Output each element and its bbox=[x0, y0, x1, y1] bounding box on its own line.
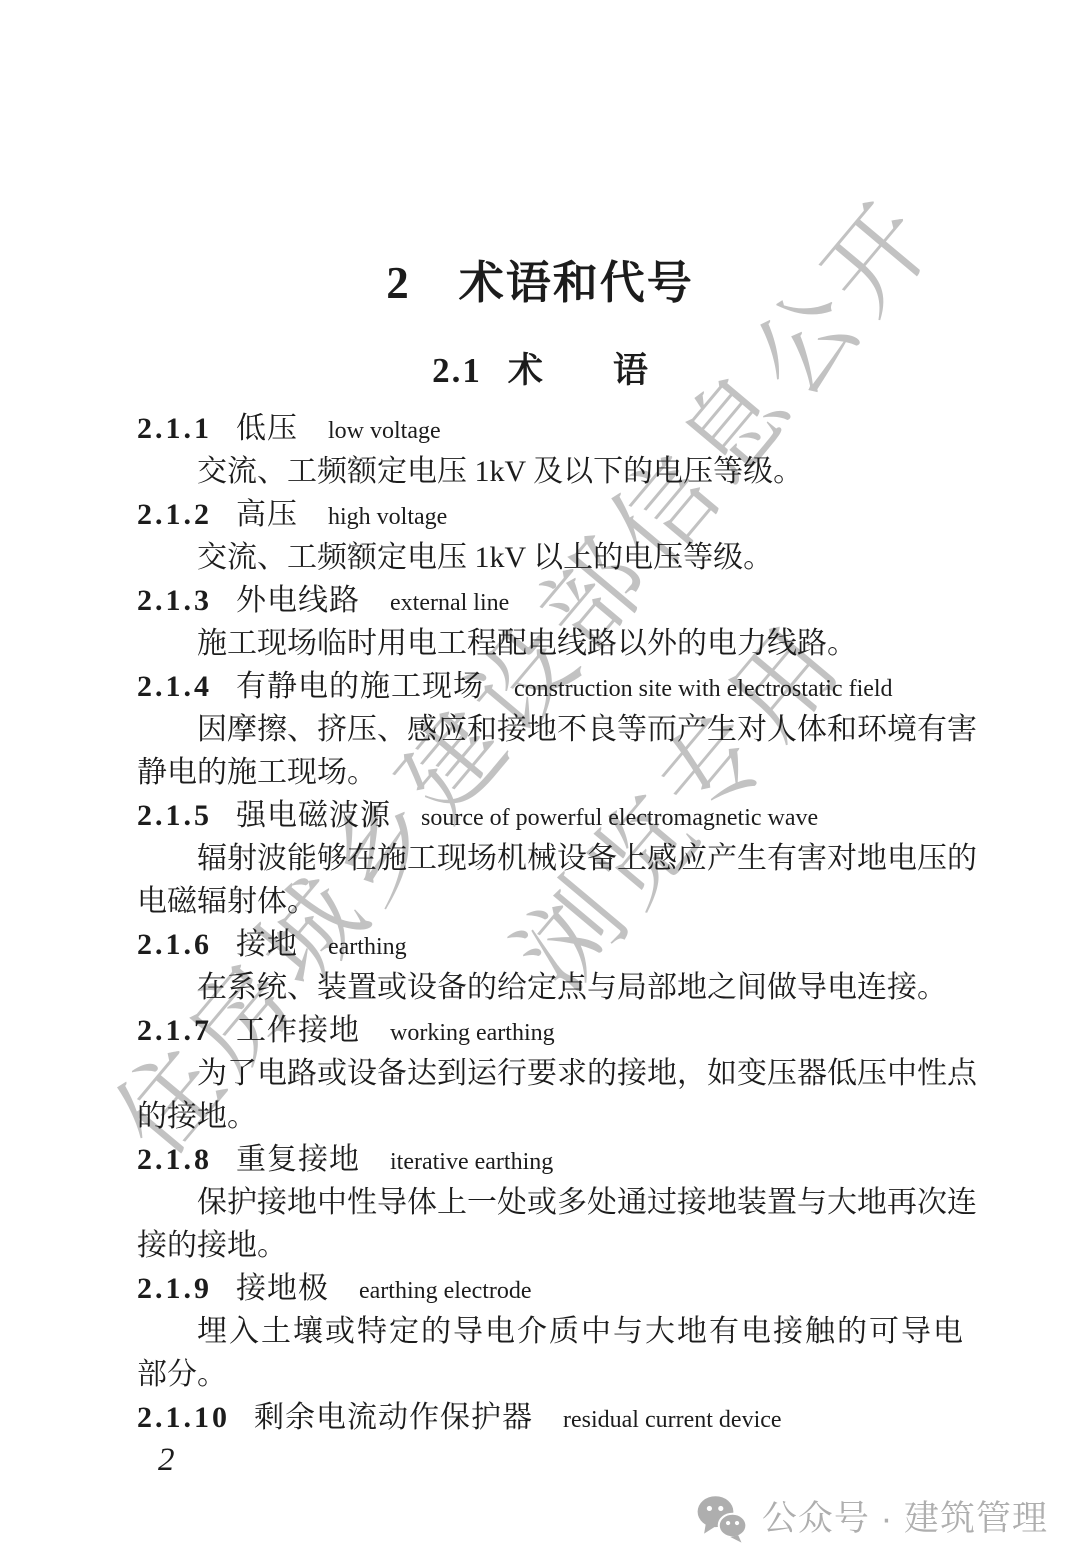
definition-line: 辐射波能够在施工现场机械设备上感应产生有害对地电压的 bbox=[137, 837, 949, 880]
term-name-en: working earthing bbox=[390, 1020, 555, 1046]
term-number: 2.1.8 bbox=[137, 1143, 212, 1176]
definition-line: 部分。 bbox=[137, 1353, 949, 1396]
term-row: 2.1.1低压low voltage bbox=[137, 407, 949, 450]
term-row: 2.1.2高压high voltage bbox=[137, 493, 949, 536]
definition-line: 为了电路或设备达到运行要求的接地，如变压器低压中性点 bbox=[137, 1052, 949, 1095]
section-title-char-2: 语 bbox=[613, 351, 648, 390]
document-page: 住房城乡建设部信息公开 浏览专用 2术语和代号 2.1术语 2.1.1低压low… bbox=[0, 0, 1080, 1564]
term-number: 2.1.4 bbox=[137, 670, 212, 703]
definition-line: 电磁辐射体。 bbox=[137, 880, 949, 923]
term-name-en: iterative earthing bbox=[390, 1149, 553, 1175]
wechat-icon bbox=[696, 1494, 748, 1544]
term-number: 2.1.1 bbox=[137, 412, 212, 445]
term-name-en: high voltage bbox=[328, 504, 447, 530]
definition-line: 因摩擦、挤压、感应和接地不良等而产生对人体和环境有害 bbox=[137, 708, 949, 751]
term-name-zh: 低压 bbox=[236, 412, 298, 445]
term-row: 2.1.4有静电的施工现场construction site with elec… bbox=[137, 665, 949, 708]
term-name-en: earthing bbox=[328, 934, 407, 960]
chapter-title: 2术语和代号 bbox=[0, 246, 1080, 311]
term-name-zh: 有静电的施工现场 bbox=[236, 670, 484, 703]
term-number: 2.1.6 bbox=[137, 928, 212, 961]
term-number: 2.1.10 bbox=[137, 1401, 230, 1434]
term-number: 2.1.7 bbox=[137, 1014, 212, 1047]
term-row: 2.1.8重复接地iterative earthing bbox=[137, 1138, 949, 1181]
term-name-en: construction site with electrostatic fie… bbox=[514, 676, 893, 702]
page-number: 2 bbox=[158, 1440, 175, 1480]
term-name-zh: 高压 bbox=[236, 498, 298, 531]
footer-brand: 公众号 · 建筑管理 bbox=[696, 1494, 1048, 1544]
term-row: 2.1.3外电线路external line bbox=[137, 579, 949, 622]
term-name-en: low voltage bbox=[328, 418, 441, 444]
definition-line: 在系统、装置或设备的给定点与局部地之间做导电连接。 bbox=[137, 966, 949, 1009]
definition-line: 交流、工频额定电压 1kV 及以下的电压等级。 bbox=[137, 450, 949, 493]
footer-label: 公众号 · 建筑管理 bbox=[762, 1494, 1048, 1544]
section-number: 2.1 bbox=[432, 351, 482, 390]
definition-line: 施工现场临时用电工程配电线路以外的电力线路。 bbox=[137, 622, 949, 665]
term-name-zh: 工作接地 bbox=[236, 1014, 360, 1047]
term-number: 2.1.2 bbox=[137, 498, 212, 531]
chapter-title-text: 术语和代号 bbox=[459, 258, 694, 308]
term-number: 2.1.3 bbox=[137, 584, 212, 617]
definition-line: 埋入土壤或特定的导电介质中与大地有电接触的可导电 bbox=[137, 1310, 949, 1353]
term-name-zh: 强电磁波源 bbox=[236, 799, 391, 832]
term-number: 2.1.9 bbox=[137, 1272, 212, 1305]
term-name-zh: 接地极 bbox=[236, 1272, 329, 1305]
term-row: 2.1.5强电磁波源source of powerful electromagn… bbox=[137, 794, 949, 837]
definition-line: 的接地。 bbox=[137, 1095, 949, 1138]
term-name-en: earthing electrode bbox=[359, 1278, 532, 1304]
definition-line: 接的接地。 bbox=[137, 1224, 949, 1267]
term-row: 2.1.7工作接地working earthing bbox=[137, 1009, 949, 1052]
term-name-en: residual current device bbox=[563, 1407, 782, 1433]
section-title-char-1: 术 bbox=[508, 351, 543, 390]
term-row: 2.1.9接地极earthing electrode bbox=[137, 1267, 949, 1310]
term-name-en: external line bbox=[390, 590, 509, 616]
term-number: 2.1.5 bbox=[137, 799, 212, 832]
definition-line: 静电的施工现场。 bbox=[137, 751, 949, 794]
term-name-zh: 接地 bbox=[236, 928, 298, 961]
term-name-en: source of powerful electromagnetic wave bbox=[421, 805, 818, 831]
term-name-zh: 外电线路 bbox=[236, 584, 360, 617]
term-row: 2.1.6接地earthing bbox=[137, 923, 949, 966]
term-row: 2.1.10剩余电流动作保护器residual current device bbox=[137, 1396, 949, 1439]
term-name-zh: 重复接地 bbox=[236, 1143, 360, 1176]
term-name-zh: 剩余电流动作保护器 bbox=[254, 1401, 533, 1434]
definition-line: 保护接地中性导体上一处或多处通过接地装置与大地再次连 bbox=[137, 1181, 949, 1224]
section-heading: 2.1术语 bbox=[0, 343, 1080, 393]
definition-line: 交流、工频额定电压 1kV 以上的电压等级。 bbox=[137, 536, 949, 579]
chapter-number: 2 bbox=[386, 258, 411, 308]
terms-list: 2.1.1低压low voltage 交流、工频额定电压 1kV 及以下的电压等… bbox=[137, 407, 949, 1439]
